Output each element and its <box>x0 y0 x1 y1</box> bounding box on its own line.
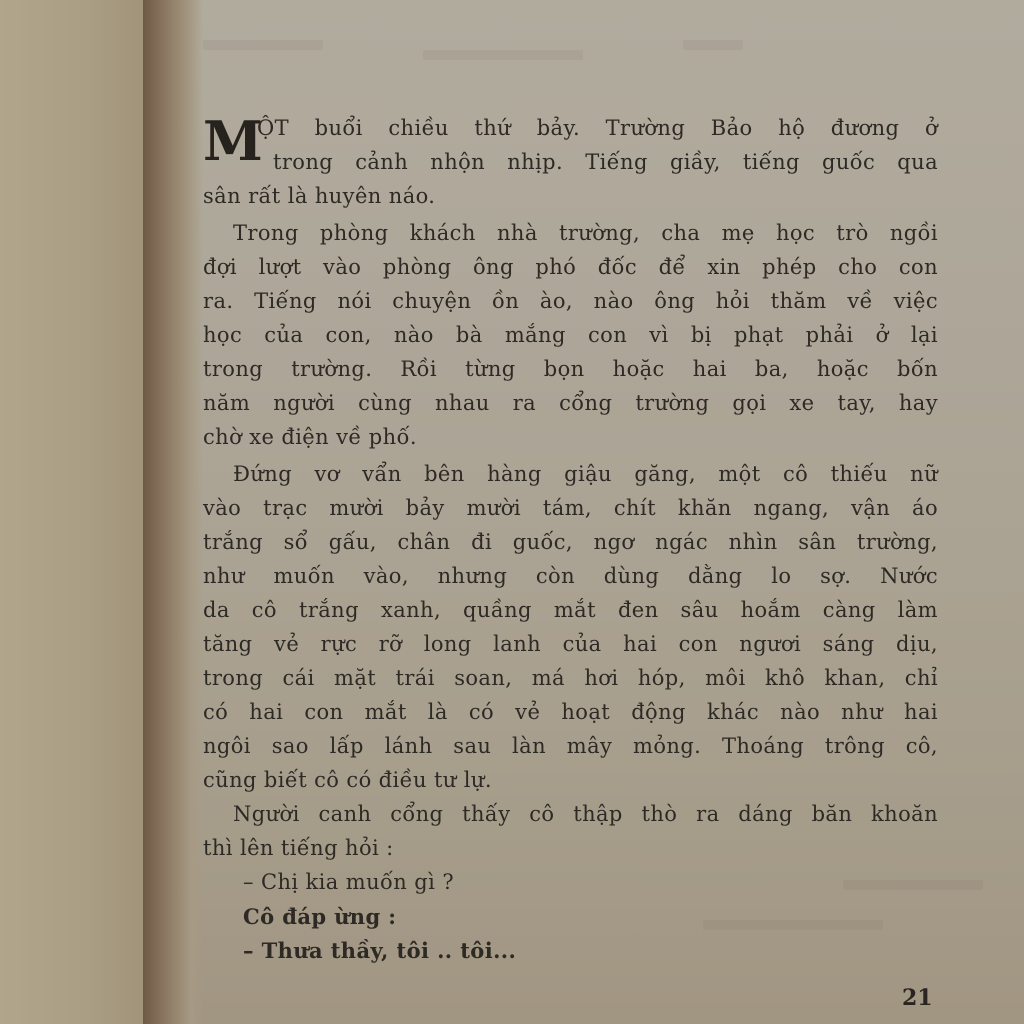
text-line: sân rất là huyên náo. <box>203 184 435 208</box>
text-line: có hai con mắt là có vẻ hoạt động khác n… <box>203 700 938 724</box>
dialogue-line: – Thưa thầy, tôi .. tôi... <box>243 938 516 963</box>
bleed-through-mark <box>843 880 983 890</box>
text-line: Người canh cổng thấy cô thập thò ra dáng… <box>233 802 938 826</box>
left-page-edge <box>0 0 145 1024</box>
text-line: học của con, nào bà mắng con vì bị phạt … <box>203 323 938 347</box>
bleed-through-mark <box>203 40 323 50</box>
bleed-through-mark <box>423 50 583 60</box>
page-number: 21 <box>902 985 933 1011</box>
text-line: Đứng vơ vẩn bên hàng giậu găng, một cô t… <box>233 462 938 486</box>
text-line: Cô đáp ừng : <box>243 904 396 929</box>
text-line: như muốn vào, nhưng còn dùng dằng lo sợ.… <box>203 564 938 588</box>
text-line: da cô trắng xanh, quầng mắt đen sâu hoắm… <box>203 598 938 622</box>
text-line: ngôi sao lấp lánh sau làn mây mỏng. Thoá… <box>203 734 938 758</box>
text-line: Trong phòng khách nhà trường, cha mẹ học… <box>233 221 938 245</box>
text-line: cũng biết cô có điều tư lự. <box>203 768 492 792</box>
text-line: tăng vẻ rực rỡ long lanh của hai con ngư… <box>203 632 938 656</box>
dialogue-line: – Chị kia muốn gì ? <box>243 870 454 894</box>
text-line: chờ xe điện về phố. <box>203 425 417 449</box>
text-line: trong cái mặt trái soan, má hơi hóp, môi… <box>203 666 938 690</box>
bleed-through-mark <box>683 40 743 50</box>
text-line: thì lên tiếng hỏi : <box>203 836 394 860</box>
text-line: đợi lượt vào phòng ông phó đốc để xin ph… <box>203 255 938 279</box>
text-line: ra. Tiếng nói chuyện ồn ào, nào ông hỏi … <box>203 289 938 313</box>
text-line: trong trường. Rồi từng bọn hoặc hai ba, … <box>203 357 938 381</box>
bleed-through-mark <box>703 920 883 930</box>
text-line: vào trạc mười bảy mười tám, chít khăn ng… <box>203 496 938 520</box>
text-line: trong cảnh nhộn nhịp. Tiếng giầy, tiếng … <box>273 150 938 174</box>
text-line: năm người cùng nhau ra cổng trường gọi x… <box>203 391 938 415</box>
text-line: ỘT buổi chiều thứ bảy. Trường Bảo hộ đươ… <box>257 116 938 140</box>
drop-cap: M <box>203 114 263 168</box>
text-line: trắng sổ gấu, chân đi guốc, ngơ ngác nhì… <box>203 530 938 554</box>
spine-shadow <box>143 0 203 1024</box>
